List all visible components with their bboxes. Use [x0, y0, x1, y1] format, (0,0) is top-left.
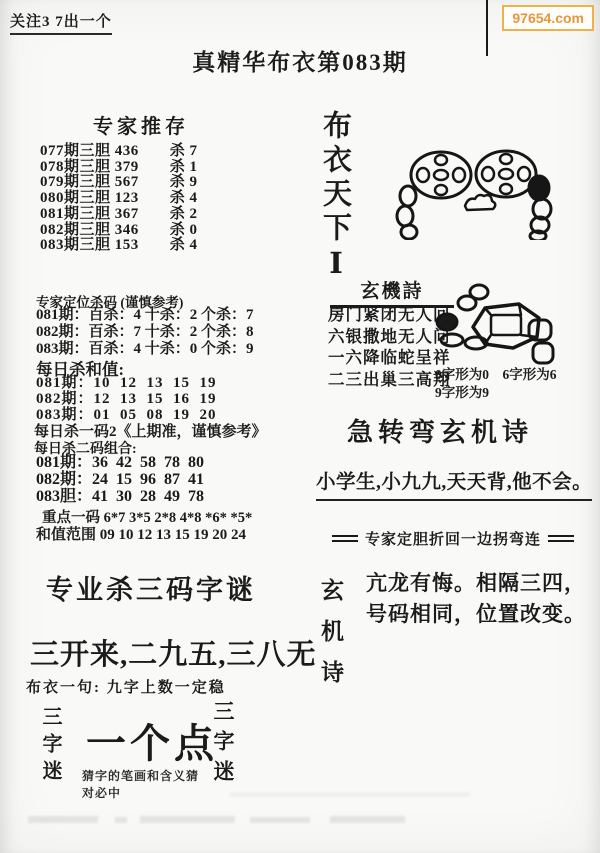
shape-note-line-1: 0字形为0 6字形为6 — [435, 366, 557, 384]
sum-range-line: 和值范围 09 10 12 13 15 19 20 24 — [36, 523, 246, 544]
page-title: 真精华布衣第083期 — [0, 44, 600, 77]
focus-note: 关注3 7出一个 — [10, 10, 112, 35]
three-char-riddle-left-label: 三字迷 — [36, 706, 65, 787]
sharp-turn-title: 急转弯玄机诗 — [347, 412, 533, 449]
scan-artifact — [115, 817, 127, 823]
note-line-1: 猜字的笔画和含义猜 — [82, 768, 199, 785]
expert-row: 077期三胆 436 杀 7 — [40, 144, 198, 160]
position-kill-row: 083期：百杀：4 十杀：0 个杀：9 — [36, 341, 254, 358]
position-kill-row: 081期：百杀：4 十杀：2 个杀：7 — [36, 307, 254, 324]
banner-right-rule — [548, 535, 574, 542]
banner-left-rule — [332, 535, 358, 542]
shape-notes: 0字形为0 6字形为6 9字形为9 — [435, 366, 557, 402]
scan-artifact — [230, 792, 470, 797]
scan-artifact — [330, 816, 405, 823]
daily-kill-two-row: 082期：24 15 96 87 41 — [36, 472, 204, 489]
bottom-poem-line-2: 号码相同，位置改变。 — [366, 599, 586, 630]
position-kill-rows: 081期：百杀：4 十杀：2 个杀：7082期：百杀：7 十杀：2 个杀：808… — [36, 307, 254, 357]
kill-three-riddle-text: 三开来,二九五,三八无 — [30, 632, 317, 673]
turtle-drawing — [427, 282, 565, 366]
note-line-2: 对必中 — [82, 785, 199, 802]
expert-row: 081期三胆 367 杀 2 — [40, 207, 198, 223]
daily-kill-two-row: 083胆：41 30 28 49 78 — [36, 489, 204, 506]
position-kill-row: 082期：百杀：7 十杀：2 个杀：8 — [36, 324, 254, 341]
expert-recommend-title: 专家推存 — [93, 110, 189, 139]
bottom-poem-text: 亢龙有悔。相隔三四， 号码相同，位置改变。 — [366, 568, 586, 630]
scan-artifact — [28, 816, 98, 823]
expert-recommend-rows: 077期三胆 436 杀 7078期三胆 379 杀 1079期三胆 567 杀… — [40, 144, 198, 254]
three-char-riddle-note: 猜字的笔画和含义猜 对必中 — [82, 768, 199, 802]
coin-drawing — [393, 146, 561, 240]
daily-kill-two-row: 081期：36 42 58 78 80 — [36, 455, 204, 472]
buyi-tianxia-title: 布衣天下Ⅰ — [315, 110, 356, 285]
site-badge[interactable]: 97654.com — [502, 5, 594, 31]
buyi-sentence: 布衣一句: 九字上数一定稳 — [26, 676, 226, 697]
sharp-turn-line: 小学生,小九九,天天背,他不会。 — [316, 466, 592, 501]
kill-three-riddle-title: 专业杀三码字谜 — [46, 568, 256, 607]
bottom-poem-label: 玄机诗 — [314, 578, 347, 701]
expert-banner: 专家定胆折回一边拐弯连 — [316, 528, 590, 549]
expert-row: 082期三胆 346 杀 0 — [40, 223, 198, 239]
scan-artifact — [250, 817, 310, 823]
tip-sheet-page: 关注3 7出一个 97654.com 真精华布衣第083期 专家推存 077期三… — [0, 0, 600, 853]
daily-kill-sum-rows: 081期：10 12 13 15 19082期：12 13 15 16 1908… — [36, 376, 217, 423]
expert-row: 079期三胆 567 杀 9 — [40, 175, 198, 191]
shape-note-line-2: 9字形为9 — [435, 384, 557, 402]
daily-kill-two-rows: 081期：36 42 58 78 80082期：24 15 96 87 4108… — [36, 455, 204, 505]
expert-row: 080期三胆 123 杀 4 — [40, 191, 198, 207]
three-char-riddle-text: 一个点 — [86, 712, 218, 769]
bottom-poem-line-1: 亢龙有悔。相隔三四， — [366, 568, 586, 599]
three-char-riddle-right-label: 三字迷 — [208, 700, 238, 790]
expert-row: 083期三胆 153 杀 4 — [40, 238, 198, 254]
daily-kill-sum-row: 081期：10 12 13 15 19 — [36, 376, 217, 392]
xuanji-poem-line: 二三出巢三高翔 — [328, 369, 451, 391]
scan-artifact — [140, 816, 235, 823]
daily-kill-sum-row: 082期：12 13 15 16 19 — [36, 392, 217, 408]
banner-text: 专家定胆折回一边拐弯连 — [365, 528, 541, 549]
